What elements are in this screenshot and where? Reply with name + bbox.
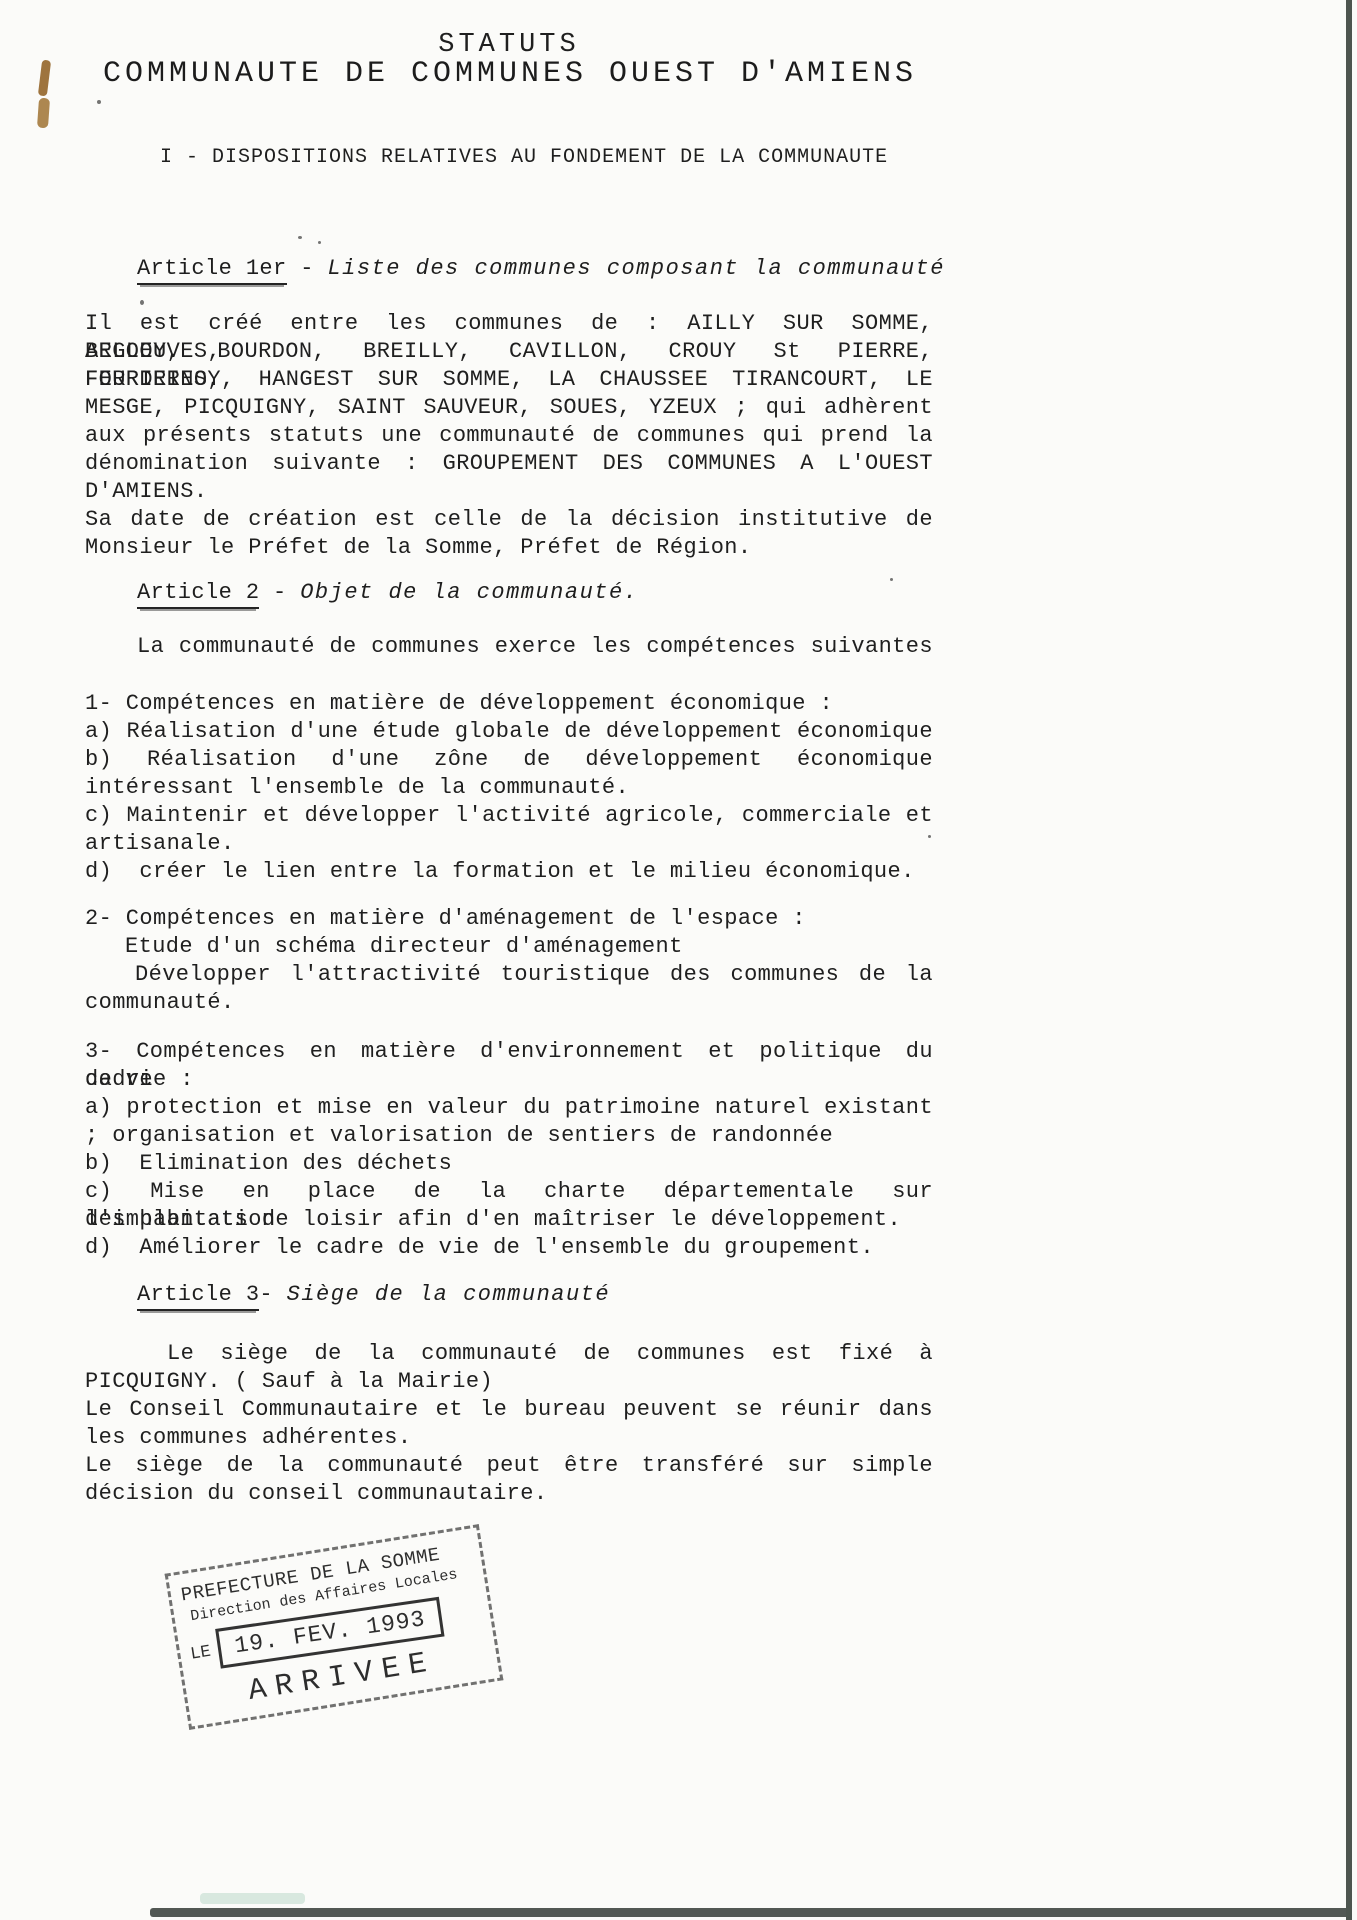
document-title: STATUTS (85, 30, 933, 60)
article2-label: Article 2 (137, 580, 259, 609)
text-line: Le siège de la communauté peut être tran… (85, 1452, 933, 1480)
text-line: artisanale. (85, 830, 933, 858)
scan-speck (140, 300, 144, 305)
text-line: b) Réalisation d'une zône de développeme… (85, 746, 933, 774)
text-line: a) Réalisation d'une étude globale de dé… (85, 718, 933, 746)
text-line: Développer l'attractivité touristique de… (85, 961, 933, 989)
article1-subject: Liste des communes composant la communau… (327, 256, 945, 281)
text-line: Etude d'un schéma directeur d'aménagemen… (85, 933, 933, 961)
scan-speck (928, 835, 931, 838)
text-line: c) Maintenir et développer l'activité ag… (85, 802, 933, 830)
text-line: b) Elimination des déchets (85, 1150, 933, 1178)
scan-smudge (200, 1893, 305, 1904)
text-line: d) Améliorer le cadre de vie de l'ensemb… (85, 1234, 933, 1262)
text-line: Il est créé entre les communes de : AILL… (85, 310, 933, 338)
prefecture-stamp: PREFECTURE DE LA SOMME Direction des Aff… (165, 1524, 504, 1730)
article3-separator: - (259, 1282, 286, 1307)
scan-speck (97, 100, 101, 104)
article1-separator: - (287, 256, 328, 281)
text-line: D'AMIENS. (85, 478, 933, 506)
text-line: intéressant l'ensemble de la communauté. (85, 774, 933, 802)
article1-heading: Article 1er - Liste des communes composa… (137, 256, 945, 281)
scan-speck (890, 578, 893, 581)
text-line: 2- Compétences en matière d'aménagement … (85, 905, 933, 933)
text-line: a) protection et mise en valeur du patri… (85, 1094, 933, 1122)
text-line: dénomination suivante : GROUPEMENT DES C… (85, 450, 933, 478)
article3-label: Article 3 (137, 1282, 259, 1311)
text-line: La communauté de communes exerce les com… (85, 633, 933, 661)
text-line: décision du conseil communautaire. (85, 1480, 933, 1508)
text-line: des habitats de loisir afin d'en maîtris… (85, 1206, 933, 1234)
text-line: BELLOY, BOURDON, BREILLY, CAVILLON, CROU… (85, 338, 933, 366)
text-line: PICQUIGNY. ( Sauf à la Mairie) (85, 1368, 933, 1396)
text-line: de vie : (85, 1066, 933, 1094)
text-line: Monsieur le Préfet de la Somme, Préfet d… (85, 534, 933, 562)
document-subtitle: COMMUNAUTE DE COMMUNES OUEST D'AMIENS (60, 57, 960, 91)
article3-body: Le siège de la communauté de communes es… (85, 1340, 933, 1508)
text-line: ; organisation et valorisation de sentie… (85, 1122, 933, 1150)
text-line: Le Conseil Communautaire et le bureau pe… (85, 1396, 933, 1424)
text-line: 3- Compétences en matière d'environnemen… (85, 1038, 933, 1066)
scan-speck (298, 236, 302, 239)
text-line: 1- Compétences en matière de développeme… (85, 690, 933, 718)
text-line: les communes adhérentes. (85, 1424, 933, 1452)
article2-subject: Objet de la communauté. (300, 580, 638, 605)
competence1-list: 1- Compétences en matière de développeme… (85, 690, 933, 886)
scan-speck (318, 241, 321, 244)
scan-edge-bottom (150, 1908, 1350, 1917)
part-heading: I - DISPOSITIONS RELATIVES AU FONDEMENT … (160, 146, 888, 169)
stamp-date-label: LE (189, 1642, 212, 1664)
text-line: FOURDRINOY, HANGEST SUR SOMME, LA CHAUSS… (85, 366, 933, 394)
competence2-list: 2- Compétences en matière d'aménagement … (85, 905, 933, 1017)
text-line: MESGE, PICQUIGNY, SAINT SAUVEUR, SOUES, … (85, 394, 933, 422)
article3-subject: Siège de la communauté (287, 1282, 610, 1307)
article1-label: Article 1er (137, 256, 287, 285)
article3-heading: Article 3- Siège de la communauté (137, 1282, 610, 1307)
text-line: communauté. (85, 989, 933, 1017)
ink-blot (37, 98, 50, 129)
competence3-list: 3- Compétences en matière d'environnemen… (85, 1038, 933, 1262)
text-line: Sa date de création est celle de la déci… (85, 506, 933, 534)
ink-blot (38, 60, 51, 97)
article2-heading: Article 2 - Objet de la communauté. (137, 580, 638, 605)
text-line: aux présents statuts une communauté de c… (85, 422, 933, 450)
text-line: c) Mise en place de la charte départemen… (85, 1178, 933, 1206)
scan-edge-right (1346, 0, 1352, 1920)
text-line: Le siège de la communauté de communes es… (85, 1340, 933, 1368)
article2-separator: - (259, 580, 300, 605)
article1-body: Il est créé entre les communes de : AILL… (85, 310, 933, 562)
article2-intro: La communauté de communes exerce les com… (85, 633, 933, 661)
text-line: d) créer le lien entre la formation et l… (85, 858, 933, 886)
